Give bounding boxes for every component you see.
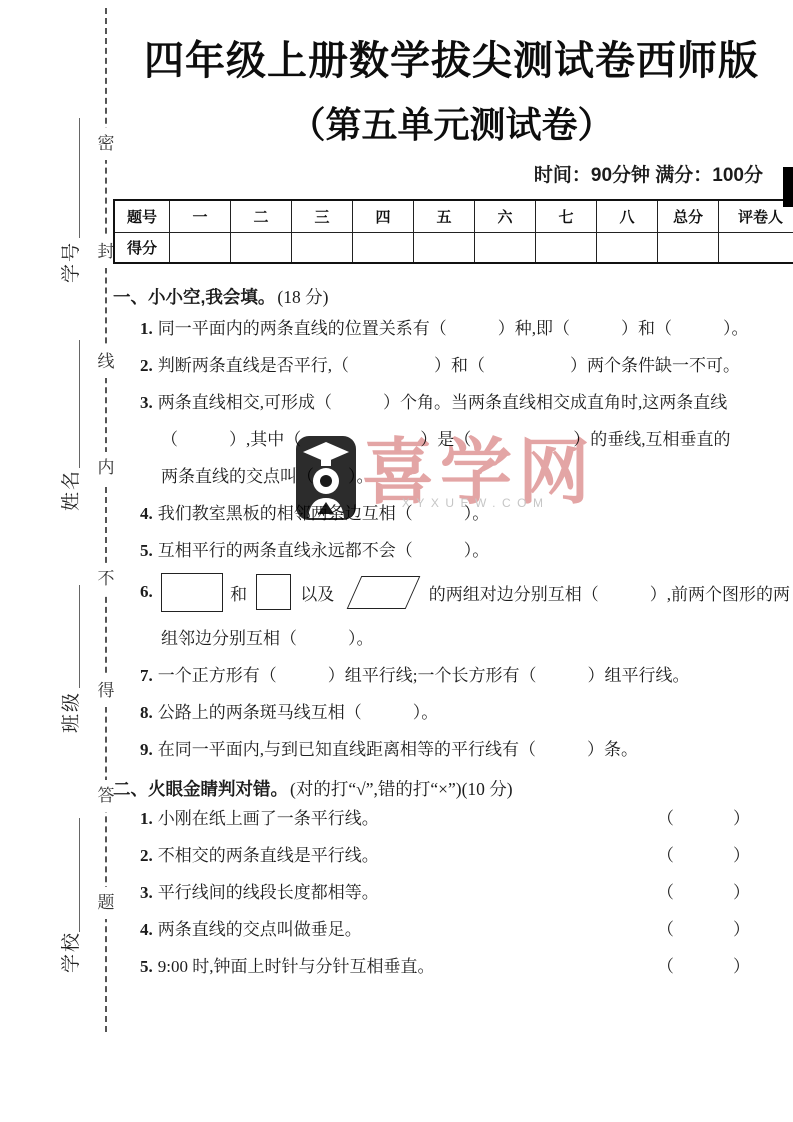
score-table-header-row: 题号 一 二 三 四 五 六 七 八 总分 评卷人: [114, 200, 793, 233]
test-paper-page: 密 封 线 内 不 得 答 题 学号 姓名 班级 学校 四年级上册数学拔尖测试卷…: [0, 0, 793, 1122]
question-line: 7.一个正方形有（ ）组平行线;一个长方形有（ ）组平行线。: [113, 667, 790, 685]
header-cell: 一: [170, 200, 231, 233]
question-text: 两条直线相交,可形成（ ）个角。当两条直线相交成直角时,这两条直线: [158, 393, 728, 412]
school-label: 学校: [62, 925, 82, 979]
score-cell-empty: [658, 233, 719, 264]
judge-question-line: 3.平行线间的线段长度都相等。 （ ）: [113, 884, 790, 902]
header-cell: 五: [414, 200, 475, 233]
section1-heading-title: 一、小小空,我会填。: [113, 287, 275, 307]
section1-heading: 一、小小空,我会填。(18 分): [113, 287, 790, 307]
question-number: 5.: [140, 541, 153, 560]
name-write-line: [79, 340, 80, 468]
student-number-label: 学号: [62, 235, 82, 289]
judge-question-line: 5.9:00 时,钟面上时针与分针互相垂直。 （ ）: [113, 958, 790, 976]
judge-question-line: 4.两条直线的交点叫做垂足。 （ ）: [113, 921, 790, 939]
class-label: 班级: [62, 685, 82, 739]
question-line: 5.互相平行的两条直线永远都不会（ ）。: [113, 542, 790, 560]
question-text: 判断两条直线是否平行,（ ）和（ ）两个条件缺一不可。: [158, 356, 740, 375]
header-cell: 总分: [658, 200, 719, 233]
header-cell: 题号: [114, 200, 170, 233]
question-line: 两条直线的交点叫（ ）。: [113, 468, 790, 486]
question-text: 两条直线的交点叫做垂足。: [158, 920, 362, 939]
question-text: 以及: [300, 580, 334, 605]
question-line: 4.我们教室黑板的相邻两条边互相（ ）。: [113, 505, 790, 523]
question-text: 不相交的两条直线是平行线。: [158, 846, 379, 865]
section2-heading: 二、火眼金睛判对错。(对的打“√”,错的打“×”)(10 分): [113, 779, 790, 799]
section1-questions: 1.同一平面内的两条直线的位置关系有（ ）种,即（ ）和（ ）。 2.判断两条直…: [113, 320, 790, 759]
question-text: 在同一平面内,与到已知直线距离相等的平行线有（ ）条。: [158, 740, 638, 759]
section2-questions: 1.小刚在纸上画了一条平行线。 （ ） 2.不相交的两条直线是平行线。 （ ） …: [113, 810, 790, 976]
seal-dashed-line: [105, 8, 107, 1032]
time-score-info: 时间：90分钟 满分：100分: [113, 164, 790, 188]
header-cell: 七: [536, 200, 597, 233]
question-number: 1.: [140, 319, 153, 338]
school-write-line: [79, 818, 80, 932]
score-cell-empty: [597, 233, 658, 264]
question-line-with-shapes: 6. 和 以及 的两组对边分别互相（ ）,前两个图形的两: [113, 570, 790, 614]
square-shape: [256, 574, 291, 610]
question-number: 3.: [140, 883, 153, 902]
header-cell: 二: [231, 200, 292, 233]
question-line: 1.同一平面内的两条直线的位置关系有（ ）种,即（ ）和（ ）。: [113, 320, 790, 338]
question-number: 2.: [140, 356, 153, 375]
header-cell: 评卷人: [719, 200, 793, 233]
answer-blank: （ ）: [657, 810, 752, 828]
score-cell-empty: [414, 233, 475, 264]
question-line: （ ）,其中（ ）是（ ）的垂线,互相垂直的: [113, 431, 790, 449]
question-text: 平行线间的线段长度都相等。: [158, 883, 379, 902]
question-number: 2.: [140, 846, 153, 865]
score-table: 题号 一 二 三 四 五 六 七 八 总分 评卷人 得分: [113, 199, 793, 264]
section1-heading-points: (18 分): [277, 287, 328, 307]
section2-heading-points: (对的打“√”,错的打“×”)(10 分): [290, 779, 513, 799]
question-number: 1.: [140, 809, 153, 828]
question-text: 的两组对边分别互相（ ）,前两个图形的两: [429, 580, 790, 605]
question-text: 组邻边分别互相（ ）。: [161, 629, 374, 648]
question-line: 2.判断两条直线是否平行,（ ）和（ ）两个条件缺一不可。: [113, 357, 790, 375]
question-text: 和: [230, 580, 247, 605]
question-text: （ ）,其中（ ）是（ ）的垂线,互相垂直的: [161, 430, 731, 449]
name-label: 姓名: [62, 463, 82, 517]
score-cell-empty: [231, 233, 292, 264]
question-line: 3.两条直线相交,可形成（ ）个角。当两条直线相交成直角时,这两条直线: [113, 394, 790, 412]
section2-heading-title: 二、火眼金睛判对错。: [113, 779, 288, 799]
header-cell: 八: [597, 200, 658, 233]
question-number: 3.: [140, 393, 153, 412]
answer-blank: （ ）: [657, 958, 752, 976]
student-number-write-line: [79, 118, 80, 238]
judge-question-line: 1.小刚在纸上画了一条平行线。 （ ）: [113, 810, 790, 828]
answer-blank: （ ）: [657, 884, 752, 902]
header-cell: 三: [292, 200, 353, 233]
question-number: 8.: [140, 703, 153, 722]
judge-question-line: 2.不相交的两条直线是平行线。 （ ）: [113, 847, 790, 865]
question-text: 我们教室黑板的相邻两条边互相（ ）。: [158, 504, 490, 523]
score-cell-empty: [170, 233, 231, 264]
score-cell-empty: [719, 233, 793, 264]
rectangle-shape: [161, 573, 223, 612]
question-number: 7.: [140, 666, 153, 685]
scan-artifact-bar: [783, 167, 793, 207]
question-text: 9:00 时,钟面上时针与分针互相垂直。: [158, 957, 435, 976]
score-cell-empty: [536, 233, 597, 264]
score-cell-empty: [353, 233, 414, 264]
score-cell-empty: [475, 233, 536, 264]
question-text: 互相平行的两条直线永远都不会（ ）。: [158, 541, 490, 560]
header-cell: 六: [475, 200, 536, 233]
main-content: 四年级上册数学拔尖测试卷西师版 （第五单元测试卷） 时间：90分钟 满分：100…: [113, 36, 790, 995]
question-number: 6.: [140, 582, 153, 602]
question-number: 4.: [140, 920, 153, 939]
class-write-line: [79, 585, 80, 688]
score-table-score-row: 得分: [114, 233, 793, 264]
paper-title: 四年级上册数学拔尖测试卷西师版: [113, 36, 790, 86]
answer-blank: （ ）: [657, 921, 752, 939]
header-cell: 四: [353, 200, 414, 233]
question-number: 4.: [140, 504, 153, 523]
question-text: 小刚在纸上画了一条平行线。: [158, 809, 379, 828]
answer-blank: （ ）: [657, 847, 752, 865]
parallelogram-shape: [347, 576, 420, 609]
question-number: 9.: [140, 740, 153, 759]
question-line: 9.在同一平面内,与到已知直线距离相等的平行线有（ ）条。: [113, 741, 790, 759]
score-cell-empty: [292, 233, 353, 264]
question-number: 5.: [140, 957, 153, 976]
question-line: 8.公路上的两条斑马线互相（ ）。: [113, 704, 790, 722]
paper-subtitle: （第五单元测试卷）: [113, 102, 790, 148]
question-text: 公路上的两条斑马线互相（ ）。: [158, 703, 439, 722]
question-text: 两条直线的交点叫（ ）。: [161, 467, 374, 486]
question-text: 一个正方形有（ ）组平行线;一个长方形有（ ）组平行线。: [158, 666, 690, 685]
question-line: 组邻边分别互相（ ）。: [113, 630, 790, 648]
question-text: 同一平面内的两条直线的位置关系有（ ）种,即（ ）和（ ）。: [158, 319, 749, 338]
score-row-label: 得分: [114, 233, 170, 264]
